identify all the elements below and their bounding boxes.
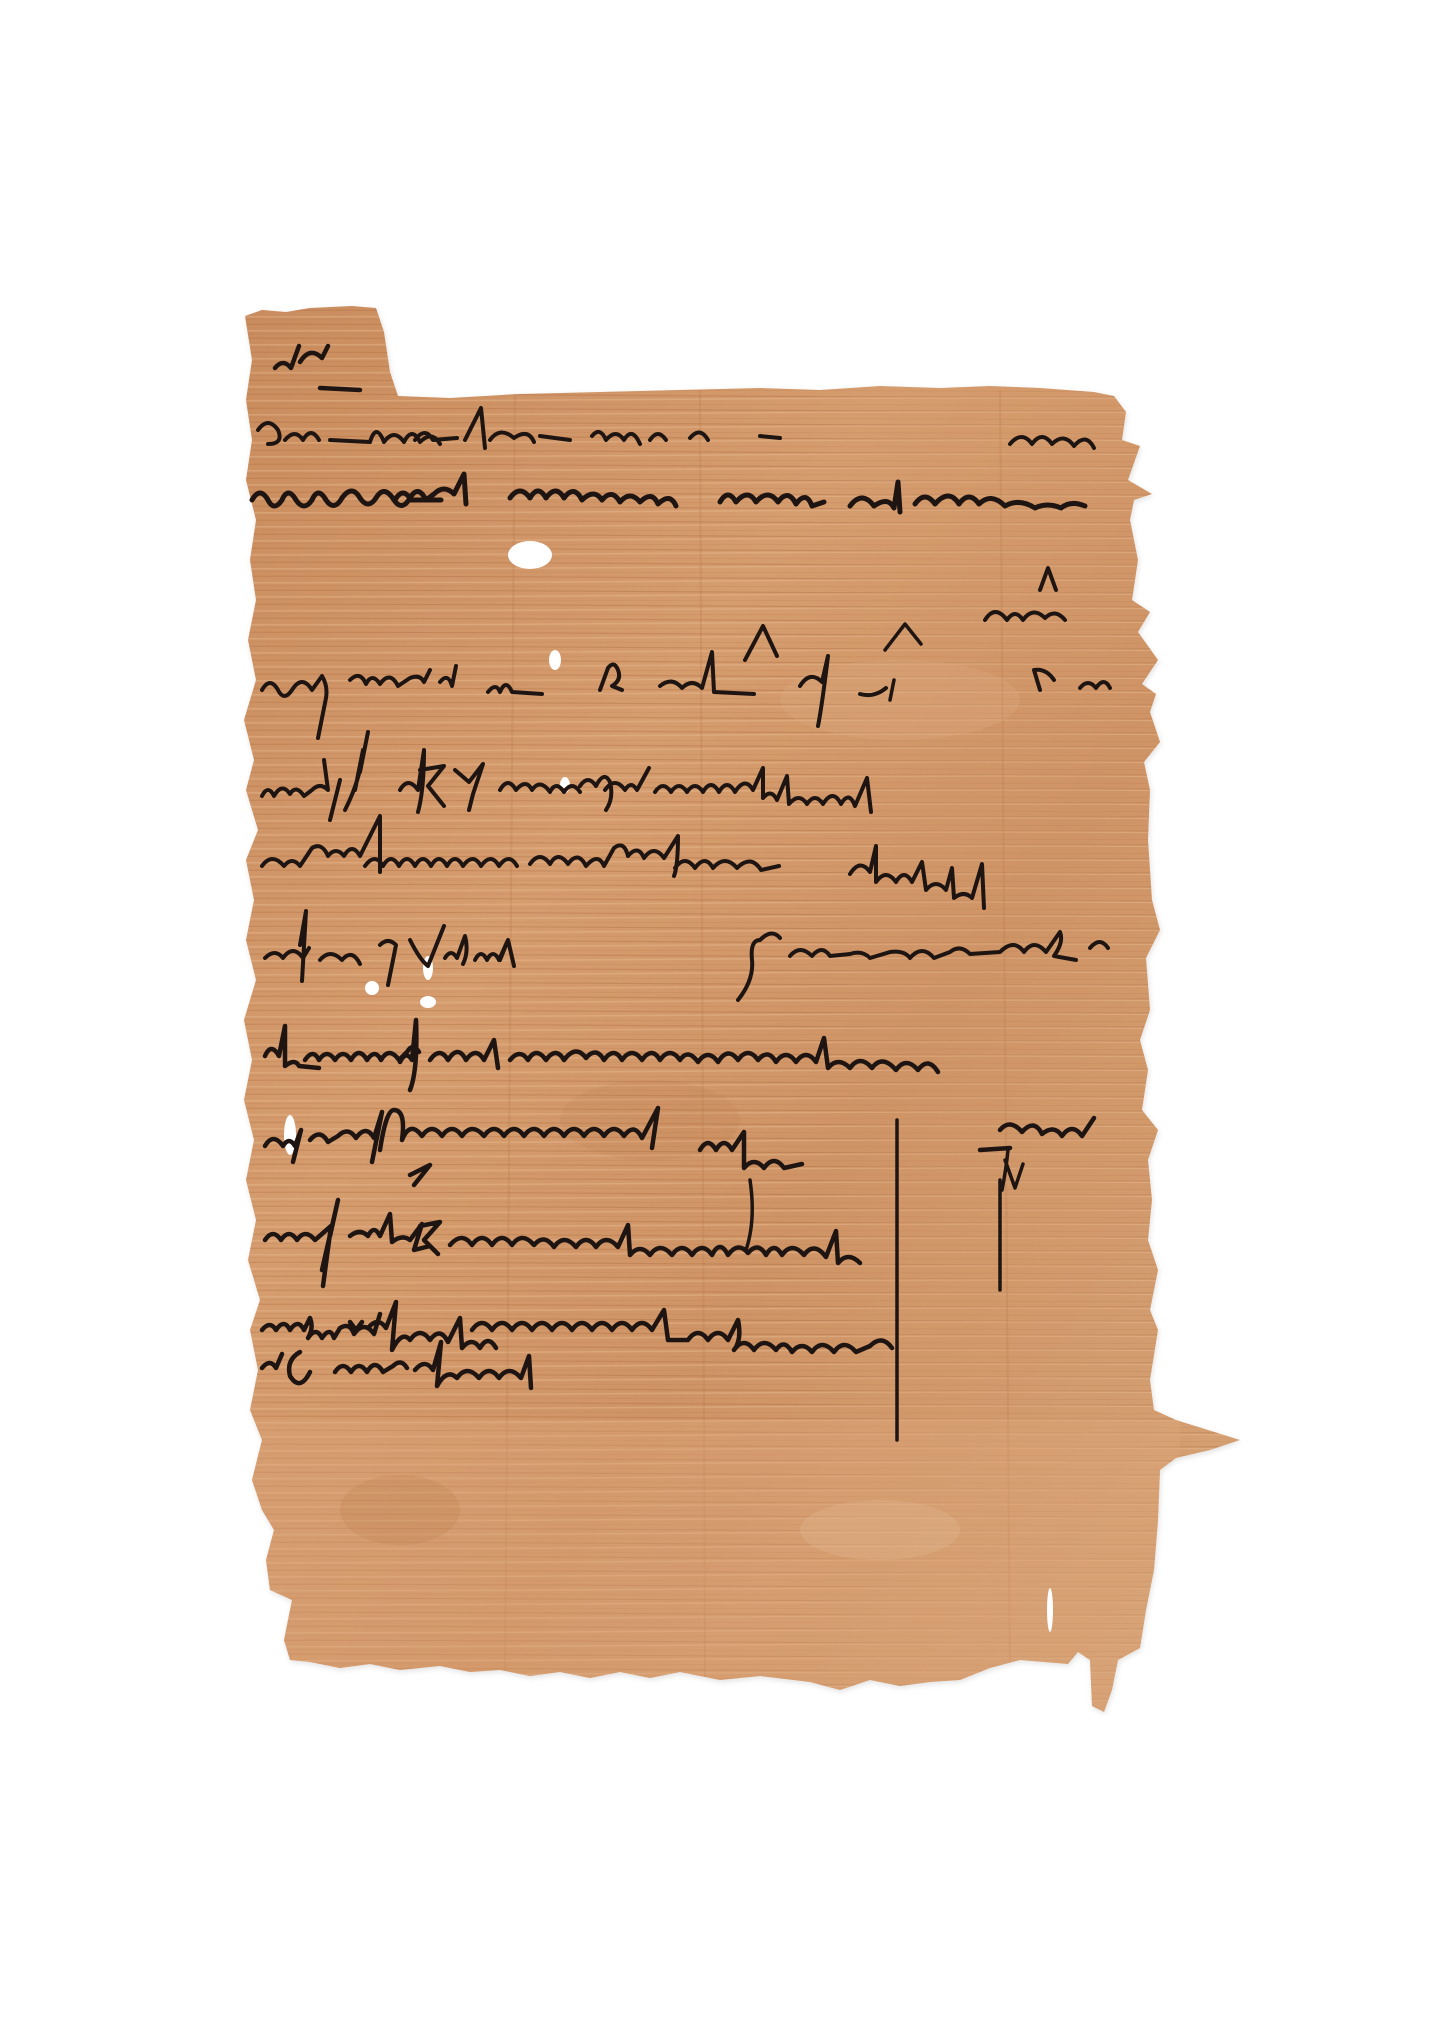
papyrus-hole bbox=[365, 981, 379, 995]
photo-stage bbox=[0, 0, 1440, 2040]
papyrus-hole bbox=[1047, 1588, 1053, 1632]
papyrus-texture bbox=[0, 0, 1440, 2040]
papyrus-hole bbox=[549, 650, 561, 670]
papyrus-hole bbox=[420, 996, 436, 1008]
papyrus-fragment bbox=[0, 0, 1440, 2040]
papyrus-hole bbox=[508, 541, 552, 569]
